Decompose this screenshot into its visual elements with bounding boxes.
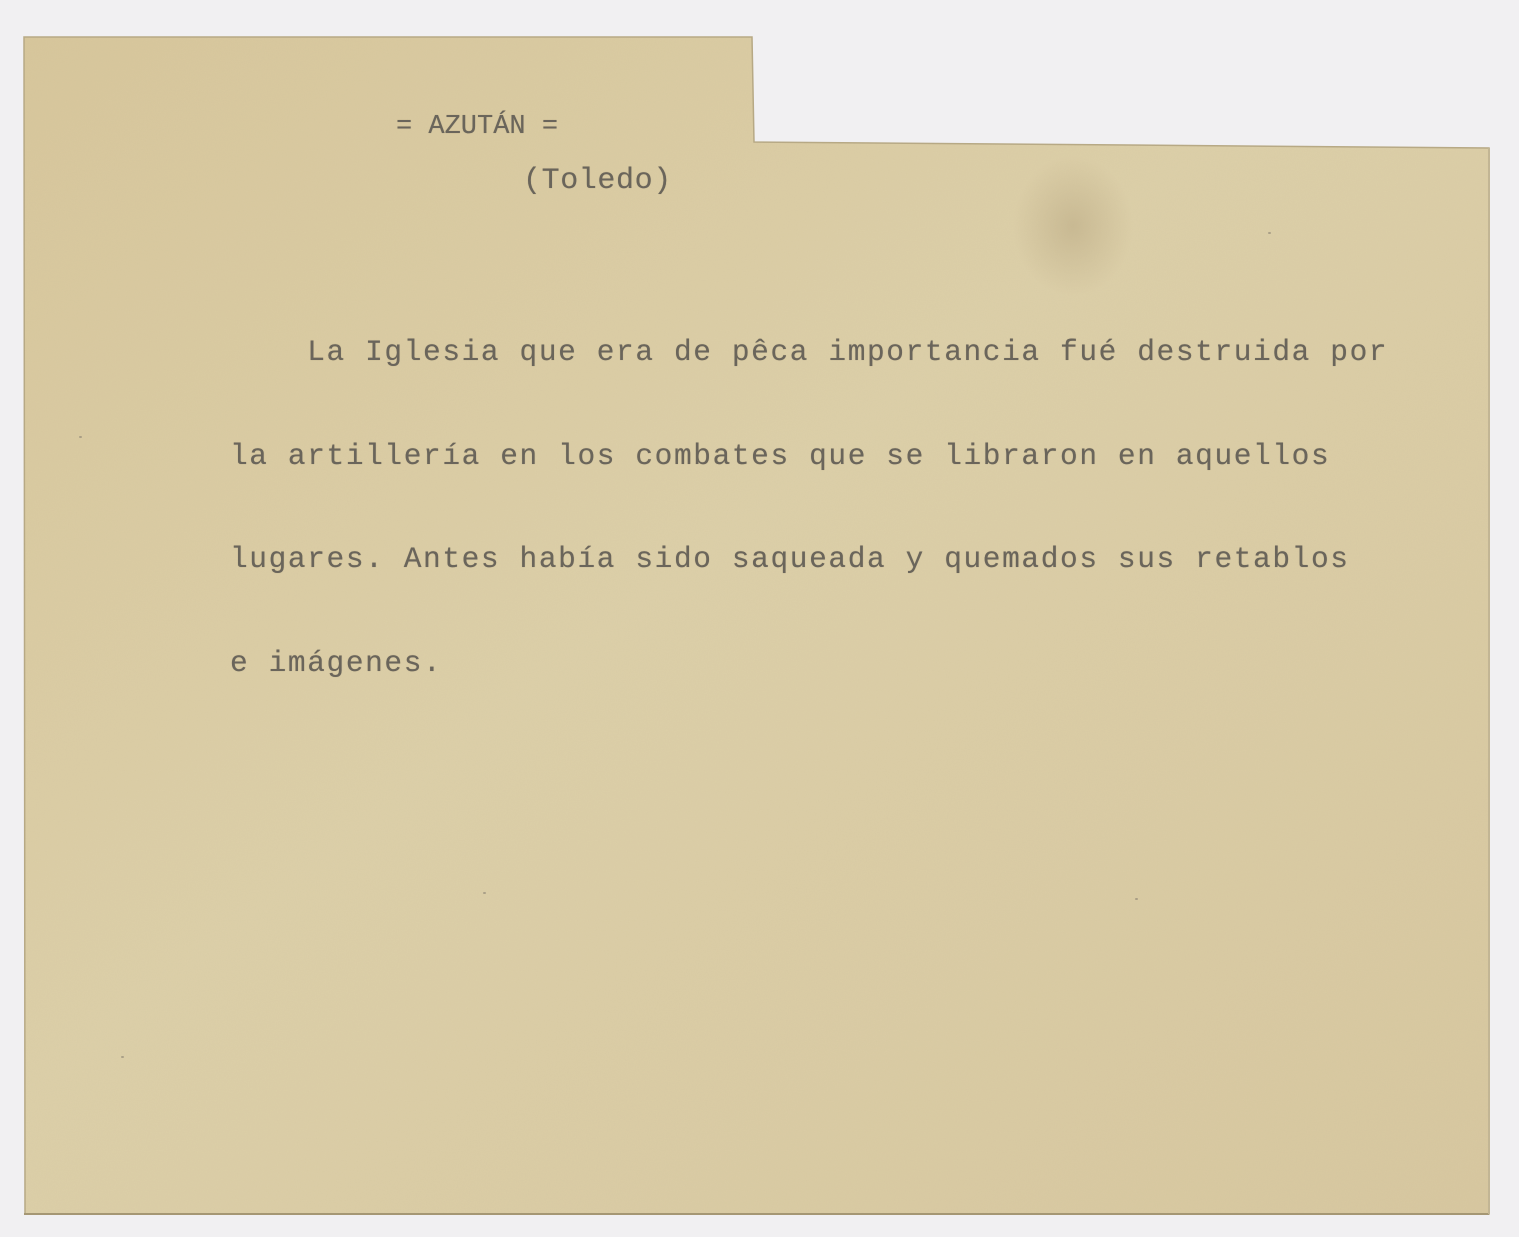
index-card: = AZUTÁN = (Toledo) La Iglesia que era d… [23, 36, 1491, 1216]
paper-speck [1135, 898, 1138, 900]
card-subtitle-province: (Toledo) [523, 164, 672, 198]
body-line: e imágenes. [230, 646, 1388, 681]
paper-speck [79, 436, 82, 438]
paper-speck [121, 1056, 124, 1058]
paper-speck [1268, 232, 1271, 234]
paper-speck [483, 892, 486, 894]
body-line: La Iglesia que era de pêca importancia f… [230, 335, 1388, 370]
card-body-text: La Iglesia que era de pêca importancia f… [230, 266, 1388, 749]
card-title-place: = AZUTÁN = [396, 112, 558, 142]
body-line: la artillería en los combates que se lib… [230, 439, 1388, 474]
body-line: lugares. Antes había sido saqueada y que… [230, 542, 1388, 577]
